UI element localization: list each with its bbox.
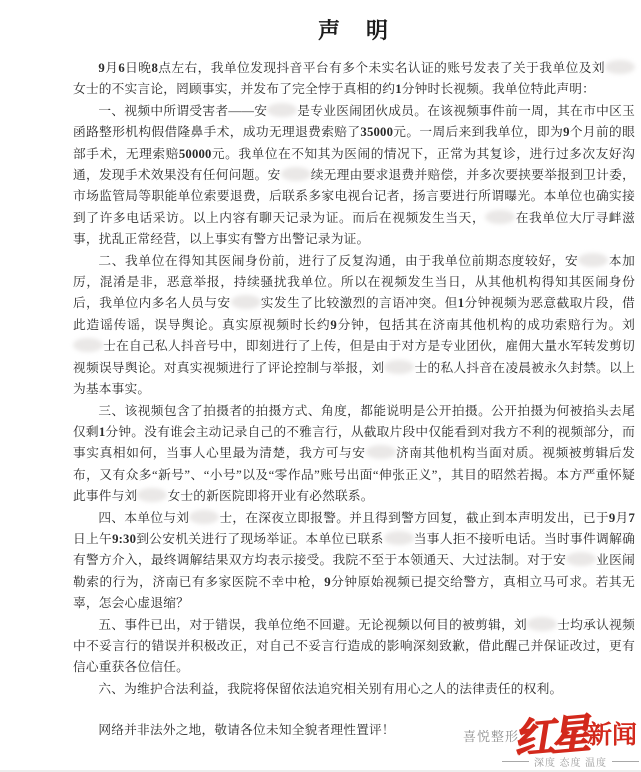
statement-paragraph: 一、视频中所谓受害者——安是专业医闹团伙成员。在该视频事件前一周，其在市中区玉函… [73, 101, 635, 251]
statement-body: 9月6日晚8点左右，我单位发现抖音平台有多个未实名认证的账号发表了关于我单位及刘… [73, 58, 635, 700]
redacted-name-blur [73, 338, 103, 352]
numeric-text: 35000 [360, 125, 393, 139]
redacted-name-blur [281, 167, 311, 181]
redacted-name-blur [189, 510, 219, 524]
redacted-name-blur [384, 531, 414, 545]
numeric-text: 1 [395, 82, 402, 96]
redacted-name-blur [231, 295, 261, 309]
numeric-text: 9:30 [112, 532, 136, 546]
statement-paragraph: 三、该视频包含了拍摄者的拍摄方式、角度，都能说明是公开拍摄。公开拍摄为何被掐头去… [73, 401, 635, 508]
numeric-text: 9 [609, 511, 616, 525]
clinic-watermark: 喜悦整形 [463, 726, 519, 745]
numeric-text: 9 [324, 575, 331, 589]
statement-document: 声 明 9月6日晚8点左右，我单位发现抖音平台有多个未实名认证的账号发表了关于我… [0, 0, 641, 772]
numeric-text: 1 [99, 425, 106, 439]
statement-title: 声 明 [73, 14, 635, 45]
statement-paragraph: 四、本单位与刘士，在深夜立即报警。并且得到警方回复，截止到本声明发出，已于9月7… [73, 508, 635, 615]
brand-name: 新闻 [587, 723, 637, 748]
redacted-name-blur [485, 210, 515, 224]
brand-calligraphy: 红星 [511, 713, 586, 760]
tagline-dash-right [612, 761, 639, 762]
watermark-footer: 喜悦整形 红星新闻 深度 态度 温度 [463, 699, 639, 769]
redacted-name-blur [527, 617, 557, 631]
statement-paragraph: 9月6日晚8点左右，我单位发现抖音平台有多个未实名认证的账号发表了关于我单位及刘… [73, 58, 635, 101]
numeric-text: 6 [118, 61, 125, 75]
redacted-name-blur [137, 488, 167, 502]
numeric-text: 50000 [179, 147, 212, 161]
numeric-text: 9 [563, 125, 570, 139]
redacted-name-blur [605, 60, 635, 74]
numeric-text: 1 [458, 296, 465, 310]
redacted-name-blur [566, 552, 596, 566]
numeric-text: 9 [330, 318, 337, 332]
statement-paragraph: 五、事件已出，对于错误，我单位绝不回避。无论视频以何目的被剪辑，刘士均承认视频中… [73, 615, 635, 679]
redacted-name-blur [267, 103, 297, 117]
red-star-news-logo: 红星新闻 [513, 716, 637, 757]
redacted-name-blur [384, 360, 414, 374]
numeric-text: 7 [628, 511, 635, 525]
redacted-name-blur [578, 253, 608, 267]
redacted-name-blur [366, 445, 396, 459]
numeric-text: 9 [98, 61, 105, 75]
statement-paragraph: 六、为维护合法利益，我院将保留依法追究相关别有用心之人的法律责任的权利。 [73, 679, 635, 700]
statement-paragraph: 二、我单位在得知其医闹身份前，进行了反复沟通，由于我单位前期态度较好，安本加厉，… [73, 251, 635, 401]
numeric-text: 8 [151, 61, 158, 75]
